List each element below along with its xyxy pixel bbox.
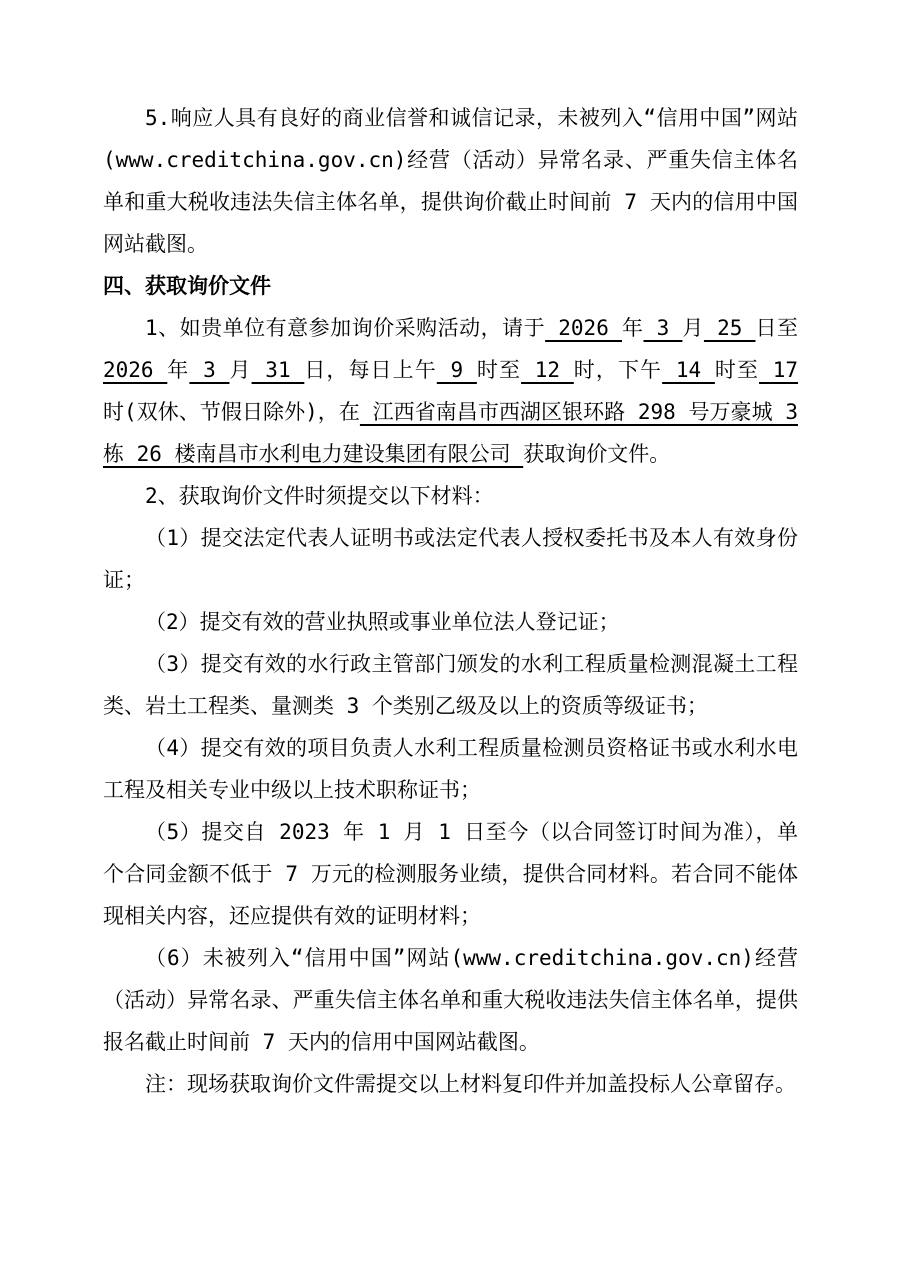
text-run: 1、如贵单位有意参加询价采购活动，请于	[145, 316, 545, 340]
text-run: 时(双休、节假日除外)，在	[103, 400, 360, 424]
text-run: 月	[229, 358, 251, 382]
clause-5-credit-record: 5.响应人具有良好的商业信誉和诚信记录，未被列入“信用中国”网站(www.cre…	[103, 97, 798, 265]
text-run: 2、获取询价文件时须提交以下材料：	[145, 484, 494, 508]
underlined-blank: 25	[704, 316, 756, 340]
underlined-blank: 2026	[103, 358, 167, 382]
text-run: 四、获取询价文件	[103, 274, 271, 298]
item-2-materials-intro: 2、获取询价文件时须提交以下材料：	[103, 475, 798, 517]
text-run: 时至	[715, 358, 759, 382]
text-run: （1）提交法定代表人证明书或法定代表人授权委托书及本人有效身份证；	[103, 526, 798, 592]
underlined-blank: 17	[759, 358, 798, 382]
material-5: （5）提交自 2023 年 1 月 1 日至今（以合同签订时间为准），单个合同金…	[103, 811, 798, 937]
item-1-obtain-time-place: 1、如贵单位有意参加询价采购活动，请于 2026 年 3 月 25 日至 202…	[103, 307, 798, 475]
text-run: （6）未被列入“信用中国”网站(www.creditchina.gov.cn)经…	[103, 946, 798, 1054]
text-run: 年	[167, 358, 189, 382]
section-4-heading: 四、获取询价文件	[103, 265, 798, 307]
underlined-blank: 12	[521, 358, 574, 382]
text-run: 获取询价文件。	[523, 442, 670, 466]
underlined-blank: 9	[437, 358, 477, 382]
document-body: 5.响应人具有良好的商业信誉和诚信记录，未被列入“信用中国”网站(www.cre…	[103, 97, 798, 1105]
text-run: 5.响应人具有良好的商业信誉和诚信记录，未被列入“信用中国”网站(www.cre…	[103, 106, 798, 256]
text-run: （5）提交自 2023 年 1 月 1 日至今（以合同签订时间为准），单个合同金…	[103, 820, 798, 928]
text-run: 日，每日上午	[304, 358, 436, 382]
underlined-blank: 3	[189, 358, 229, 382]
text-run: 注：现场获取询价文件需提交以上材料复印件并加盖投标人公章留存。	[145, 1072, 796, 1096]
text-run: 时至	[477, 358, 521, 382]
text-run: （2）提交有效的营业执照或事业单位法人登记证；	[145, 610, 620, 634]
text-run: 年	[622, 316, 644, 340]
underlined-blank: 2026	[545, 316, 622, 340]
text-run: 月	[682, 316, 704, 340]
text-run: 时，下午	[574, 358, 662, 382]
material-6: （6）未被列入“信用中国”网站(www.creditchina.gov.cn)经…	[103, 937, 798, 1063]
document-page: 5.响应人具有良好的商业信誉和诚信记录，未被列入“信用中国”网站(www.cre…	[0, 0, 900, 1272]
material-3: （3）提交有效的水行政主管部门颁发的水利工程质量检测混凝土工程类、岩土工程类、量…	[103, 643, 798, 727]
text-run: （3）提交有效的水行政主管部门颁发的水利工程质量检测混凝土工程类、岩土工程类、量…	[103, 652, 798, 718]
material-1: （1）提交法定代表人证明书或法定代表人授权委托书及本人有效身份证；	[103, 517, 798, 601]
underlined-blank: 3	[643, 316, 682, 340]
underlined-blank: 31	[252, 358, 305, 382]
text-run: （4）提交有效的项目负责人水利工程质量检测员资格证书或水利水电工程及相关专业中级…	[103, 736, 798, 802]
material-2: （2）提交有效的营业执照或事业单位法人登记证；	[103, 601, 798, 643]
note-onsite-copies: 注：现场获取询价文件需提交以上材料复印件并加盖投标人公章留存。	[103, 1063, 798, 1105]
material-4: （4）提交有效的项目负责人水利工程质量检测员资格证书或水利水电工程及相关专业中级…	[103, 727, 798, 811]
underlined-blank: 14	[662, 358, 715, 382]
text-run: 日至	[756, 316, 799, 340]
